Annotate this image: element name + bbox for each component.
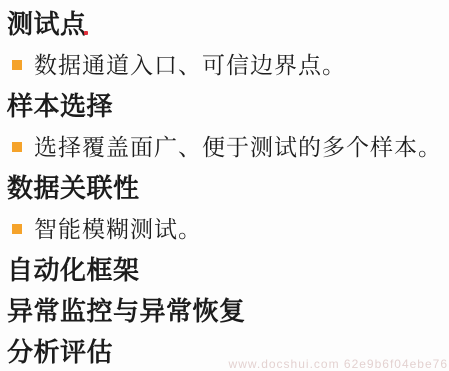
bullet-item: 选择覆盖面广、便于测试的多个样本。 [0,125,449,166]
heading-text: 自动化框架 [0,250,140,287]
heading-text: 数据关联性 [0,168,140,205]
watermark-text: www.docshui.com 62e9b6f04ebe76 [229,357,448,371]
section-heading: 样本选择 [0,84,449,125]
slide-outline-page: 测试点 数据通道入口、可信边界点。 样本选择 选择覆盖面广、便于测试的多个样本。… [0,0,449,371]
heading-text: 分析评估 [0,332,113,369]
heading-text: 测试点 [0,4,87,41]
section-heading: 数据关联性 [0,166,449,207]
bullet-square-icon [12,142,22,152]
bullet-item: 数据通道入口、可信边界点。 [0,43,449,84]
bullet-text: 数据通道入口、可信边界点。 [34,47,346,80]
bullet-square-icon [12,224,22,234]
bullet-text: 智能模糊测试。 [34,211,202,244]
section-heading: 自动化框架 [0,248,449,289]
bullet-square-icon [12,60,22,70]
heading-text: 样本选择 [0,86,113,123]
red-dot-artifact [84,31,88,35]
bullet-item: 智能模糊测试。 [0,207,449,248]
section-heading: 异常监控与异常恢复 [0,289,449,330]
heading-text: 异常监控与异常恢复 [0,291,246,328]
bullet-text: 选择覆盖面广、便于测试的多个样本。 [34,129,442,162]
section-heading: 测试点 [0,2,449,43]
